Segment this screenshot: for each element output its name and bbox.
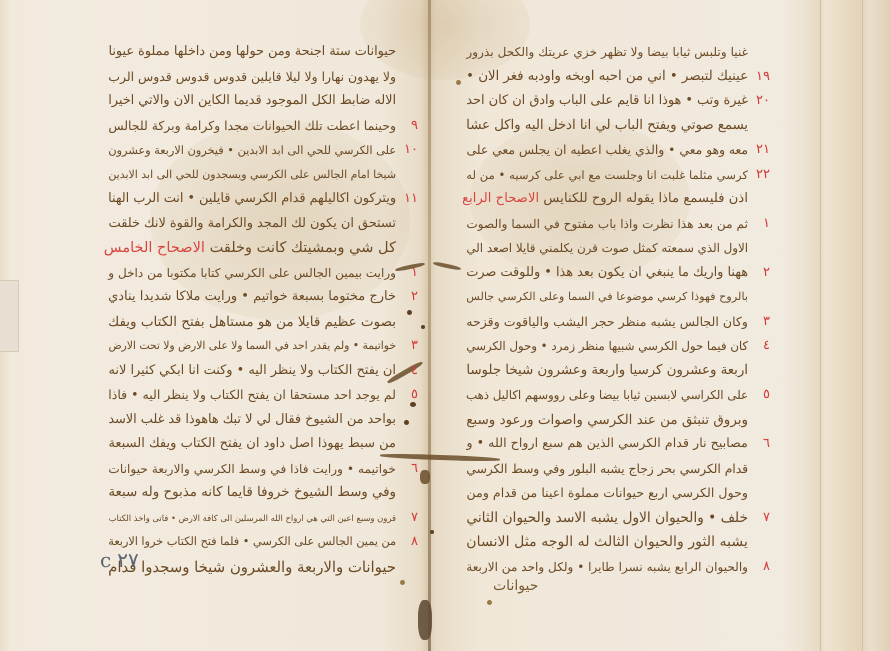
text-line: ١٩عينيك لتبصر • اني من احبه اوبخه واودبه… <box>466 65 748 90</box>
text-line: ٨من يمين الجالس على الكرسي • فلما فتح ال… <box>108 530 396 555</box>
text-line: ٢ههنا واريك ما ينبغي ان يكون بعد هذا • و… <box>466 261 748 286</box>
text-line: قدام الكرسي بحر زجاج يشبه البلور وفي وسط… <box>466 457 748 482</box>
verse-number: ٢ <box>763 261 770 286</box>
text-line: اذن فليسمع ماذا يقوله الروح للكنايس الاص… <box>466 187 748 212</box>
text-line: ٢خارج مختوما بسبعة خواتيم • ورايت ملاكا … <box>108 285 396 310</box>
verse-number: ١ <box>763 212 770 237</box>
right-page: غنيا وتلبس ثيابا بيضا ولا تظهر خزي عريتك… <box>431 0 890 651</box>
text-line: حيوانات ستة اجنحة ومن حولها ومن داخلها م… <box>108 40 396 65</box>
text-line: ١١ويتركون اكاليلهم قدام الكرسي قايلين • … <box>108 187 396 212</box>
folio-number: c٢٧ <box>100 548 139 572</box>
verse-number: ٢ <box>411 285 418 310</box>
text-line: غنيا وتلبس ثيابا بيضا ولا تظهر خزي عريتك… <box>466 40 748 65</box>
text-line: وحول الكرسي اربع حيوانات مملوة اعينا من … <box>466 481 748 506</box>
text-line: اربعة وعشرون كرسيا واربعة وعشرون شيخا جل… <box>466 359 748 384</box>
text-line: ٢٠غيرة وتب • هوذا انا قايم على الباب واد… <box>466 89 748 114</box>
text-line: ٣وكان الجالس يشبه منظر حجر اليشب والياقو… <box>466 310 748 335</box>
text-line: ١٠على الكرسي للحي الى ابد الابدين • فيخر… <box>108 138 396 163</box>
verse-number: ٧ <box>763 506 770 531</box>
verse-number: ٥ <box>763 383 770 408</box>
verse-number: ٨ <box>411 530 418 555</box>
verse-number: ٦ <box>763 432 770 457</box>
text-line: ٣خواتيمة • ولم يقدر احد في السما ولا على… <box>108 334 396 359</box>
right-page-text: غنيا وتلبس ثيابا بيضا ولا تظهر خزي عريتك… <box>466 40 748 579</box>
text-line: من سبط يهوذا اصل داود ان يفتح الكتاب ويف… <box>108 432 396 457</box>
verse-number: ١ <box>411 261 418 286</box>
text-line: وبروق تنبثق من عند الكرسي واصوات ورعود و… <box>466 408 748 433</box>
text-line: وفي وسط الشيوخ خروفا قايما كانه مذبوح ول… <box>108 481 396 506</box>
left-page: حيوانات ستة اجنحة ومن حولها ومن داخلها م… <box>0 0 428 651</box>
text-line: ٧قرون وسبع اعين التي هي ارواح الله المرس… <box>108 506 396 531</box>
manuscript-spread: حيوانات ستة اجنحة ومن حولها ومن داخلها م… <box>0 0 890 651</box>
verse-number: ٤ <box>763 334 770 359</box>
left-page-text: حيوانات ستة اجنحة ومن حولها ومن داخلها م… <box>108 40 396 579</box>
text-line: ٧خلف • والحيوان الاول يشبه الاسد والحيوا… <box>466 506 748 531</box>
text-line: يشبه الثور والحيوان الثالث له الوجه مثل … <box>466 530 748 555</box>
text-line: ٢١معه وهو معي • والذي يغلب اعطيه ان يجلس… <box>466 138 748 163</box>
text-line: ٥على الكراسي لابسين ثيابا بيضا وعلى رووس… <box>466 383 748 408</box>
text-line: كل شي وبمشيتك كانت وخلقت الاصحاح الخامس <box>108 236 396 261</box>
text-line: الاله ضابط الكل الموجود قديما الكاين الا… <box>108 89 396 114</box>
verse-number: ٩ <box>411 114 418 139</box>
verse-number: ١٩ <box>756 65 770 90</box>
text-line: ٨والحيوان الرابع يشبه نسرا طايرا • ولكل … <box>466 555 748 580</box>
chapter-heading: الاصحاح الرابع <box>462 187 539 212</box>
verse-number: ٣ <box>763 310 770 335</box>
text-line: ٩وحينما اعطت تلك الحيوانات مجدا وكرامة و… <box>108 114 396 139</box>
verse-number: ٤ <box>411 359 418 384</box>
chapter-heading: الاصحاح الخامس <box>104 236 205 261</box>
catchword: حيوانات <box>493 578 538 594</box>
text-line: ٦مصابيح نار قدام الكرسي الذين هم سبع ارو… <box>466 432 748 457</box>
verse-number: ٨ <box>763 555 770 580</box>
text-line: بالروح فهوذا كرسي موضوعا في السما وعلى ا… <box>466 285 748 310</box>
text-line: ولا يهدون نهارا ولا ليلا قايلين قدوس قدو… <box>108 65 396 90</box>
text-line: شيخا امام الجالس على الكرسي ويسجدون للحي… <box>108 163 396 188</box>
text-line: ٥لم يوجد احد مستحقا ان يفتح الكتاب ولا ي… <box>108 383 396 408</box>
text-line: ١ثم من بعد هذا نظرت واذا باب مفتوح في ال… <box>466 212 748 237</box>
verse-number: ٧ <box>411 506 418 531</box>
verse-number: ١١ <box>404 187 418 212</box>
verse-number: ٣ <box>411 334 418 359</box>
text-line: يسمع صوتي ويفتح الباب لي انا ادخل اليه و… <box>466 114 748 139</box>
text-line: ٢٢كرسي مثلما غلبت انا وجلست مع ابي على ك… <box>466 163 748 188</box>
text-line: تستحق ان يكون لك المجد والكرامة والقوة ل… <box>108 212 396 237</box>
verse-number: ٢٢ <box>756 163 770 188</box>
verse-number: ٢٠ <box>756 89 770 114</box>
text-line: ٦خواتيمه • ورايت فاذا في وسط الكرسي والا… <box>108 457 396 482</box>
verse-number: ١٠ <box>404 138 418 163</box>
text-line: ٤كان فيما حول الكرسي شبيها منظر زمرد • و… <box>466 334 748 359</box>
text-line: حيوانات والاربعة والعشرون شيخا وسجدوا قد… <box>108 555 396 580</box>
text-line: ١ورايت بيمين الجالس على الكرسي كتابا مكت… <box>108 261 396 286</box>
text-line: الاول الذي سمعته كمثل صوت قرن يكلمني قاي… <box>466 236 748 261</box>
text-line: بواحد من الشيوخ فقال لي لا تبك هاهوذا قد… <box>108 408 396 433</box>
verse-number: ٢١ <box>756 138 770 163</box>
text-line: ٤ان يفتح الكتاب ولا ينظر اليه • وكنت انا… <box>108 359 396 384</box>
text-line: بصوت عظيم قايلا من هو مستاهل بفتح الكتاب… <box>108 310 396 335</box>
verse-number: ٦ <box>411 457 418 482</box>
verse-number: ٥ <box>411 383 418 408</box>
